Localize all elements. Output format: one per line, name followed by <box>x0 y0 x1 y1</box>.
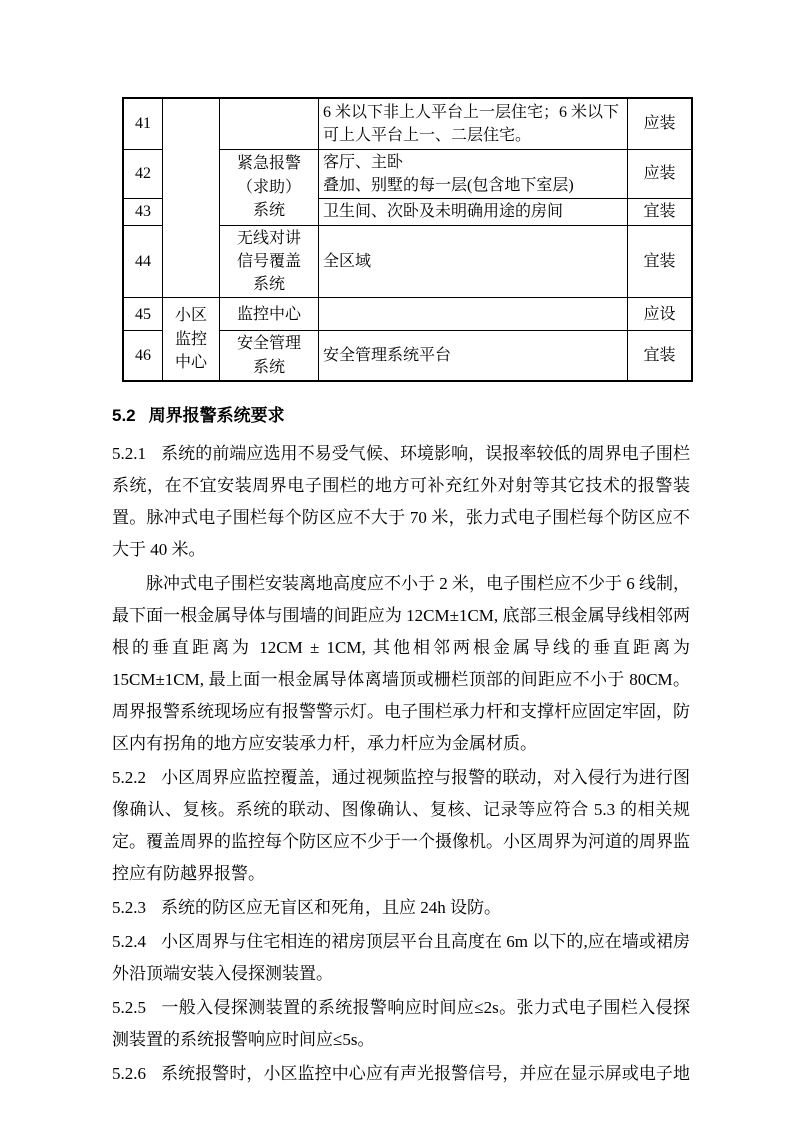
clause-5-2-2: 5.2.2小区周界应监控覆盖，通过视频监控与报警的联动，对入侵行为进行图像确认、… <box>112 762 690 890</box>
row-number-cell: 41 <box>123 98 163 149</box>
clause-5-2-5: 5.2.5一般入侵探测装置的系统报警响应时间应≤2s。张力式电子围栏入侵探测装置… <box>112 992 690 1056</box>
clause-text: 系统的防区应无盲区和死角，且应 24h 设防。 <box>161 898 501 917</box>
clause-5-2-6: 5.2.6系统报警时，小区监控中心应有声光报警信号，并应在显示屏或电子地 <box>112 1058 690 1090</box>
description-cell: 全区域 <box>319 225 628 298</box>
clause-text: 系统的前端应选用不易受气候、环境影响，误报率较低的周界电子围栏系统，在不宜安装周… <box>112 444 690 559</box>
clause-5-2-1-continuation: 脉冲式电子围栏安装离地高度应不小于 2 米，电子围栏应不少于 6 线制，最下面一… <box>112 568 690 760</box>
row-number-cell: 46 <box>123 331 163 381</box>
system-name-cell <box>220 98 319 149</box>
system-name-cell: 紧急报警 （求助） 系统 <box>220 149 319 225</box>
requirement-cell: 应装 <box>628 98 693 149</box>
system-name-cell: 安全管理 系统 <box>220 331 319 381</box>
clause-number: 5.2.5 <box>112 998 161 1017</box>
description-cell <box>319 298 628 331</box>
requirement-cell: 应设 <box>628 298 693 331</box>
table-row: 41 6 米以下非上人平台上一层住宅；6 米以下可上人平台上一、二层住宅。 应装 <box>123 98 692 149</box>
clause-text: 小区周界应监控覆盖，通过视频监控与报警的联动，对入侵行为进行图像确认、复核。系统… <box>112 768 690 883</box>
clause-number: 5.2.4 <box>112 932 161 951</box>
document-page: 41 6 米以下非上人平台上一层住宅；6 米以下可上人平台上一、二层住宅。 应装… <box>0 0 800 1131</box>
system-name-cell: 监控中心 <box>220 298 319 331</box>
description-cell: 客厅、主卧 叠加、别墅的每一层(包含地下室层) <box>319 149 628 198</box>
row-number-cell: 45 <box>123 298 163 331</box>
clause-number: 5.2.3 <box>112 898 161 917</box>
category-cell <box>163 98 220 298</box>
section-heading: 5.2周界报警系统要求 <box>112 404 690 428</box>
requirement-cell: 宜装 <box>628 331 693 381</box>
description-cell: 卫生间、次卧及未明确用途的房间 <box>319 198 628 225</box>
clause-text: 系统报警时，小区监控中心应有声光报警信号，并应在显示屏或电子地 <box>161 1064 690 1083</box>
system-name-cell: 无线对讲 信号覆盖 系统 <box>220 225 319 298</box>
row-number-cell: 42 <box>123 149 163 198</box>
section-number: 5.2 <box>112 406 136 425</box>
category-cell: 小区 监控 中心 <box>163 298 220 381</box>
description-cell: 6 米以下非上人平台上一层住宅；6 米以下可上人平台上一、二层住宅。 <box>319 98 628 149</box>
clause-text: 小区周界与住宅相连的裙房顶层平台且高度在 6m 以下的,应在墙或裙房外沿顶端安装… <box>112 932 690 983</box>
clause-5-2-3: 5.2.3系统的防区应无盲区和死角，且应 24h 设防。 <box>112 892 690 924</box>
clause-number: 5.2.2 <box>112 768 161 787</box>
clause-text: 一般入侵探测装置的系统报警响应时间应≤2s。张力式电子围栏入侵探测装置的系统报警… <box>112 998 690 1049</box>
row-number-cell: 43 <box>123 198 163 225</box>
requirement-cell: 宜装 <box>628 225 693 298</box>
requirements-table: 41 6 米以下非上人平台上一层住宅；6 米以下可上人平台上一、二层住宅。 应装… <box>122 97 693 382</box>
requirement-cell: 宜装 <box>628 198 693 225</box>
table-row: 45 小区 监控 中心 监控中心 应设 <box>123 298 692 331</box>
clause-number: 5.2.6 <box>112 1064 161 1083</box>
clause-number: 5.2.1 <box>112 444 161 463</box>
clause-5-2-4: 5.2.4小区周界与住宅相连的裙房顶层平台且高度在 6m 以下的,应在墙或裙房外… <box>112 926 690 990</box>
section-title: 周界报警系统要求 <box>149 406 285 425</box>
clause-text: 脉冲式电子围栏安装离地高度应不小于 2 米，电子围栏应不少于 6 线制，最下面一… <box>112 574 690 753</box>
description-cell: 安全管理系统平台 <box>319 331 628 381</box>
clause-5-2-1: 5.2.1系统的前端应选用不易受气候、环境影响，误报率较低的周界电子围栏系统，在… <box>112 438 690 566</box>
page-content: 41 6 米以下非上人平台上一层住宅；6 米以下可上人平台上一、二层住宅。 应装… <box>112 97 690 1090</box>
requirement-cell: 应装 <box>628 149 693 198</box>
row-number-cell: 44 <box>123 225 163 298</box>
